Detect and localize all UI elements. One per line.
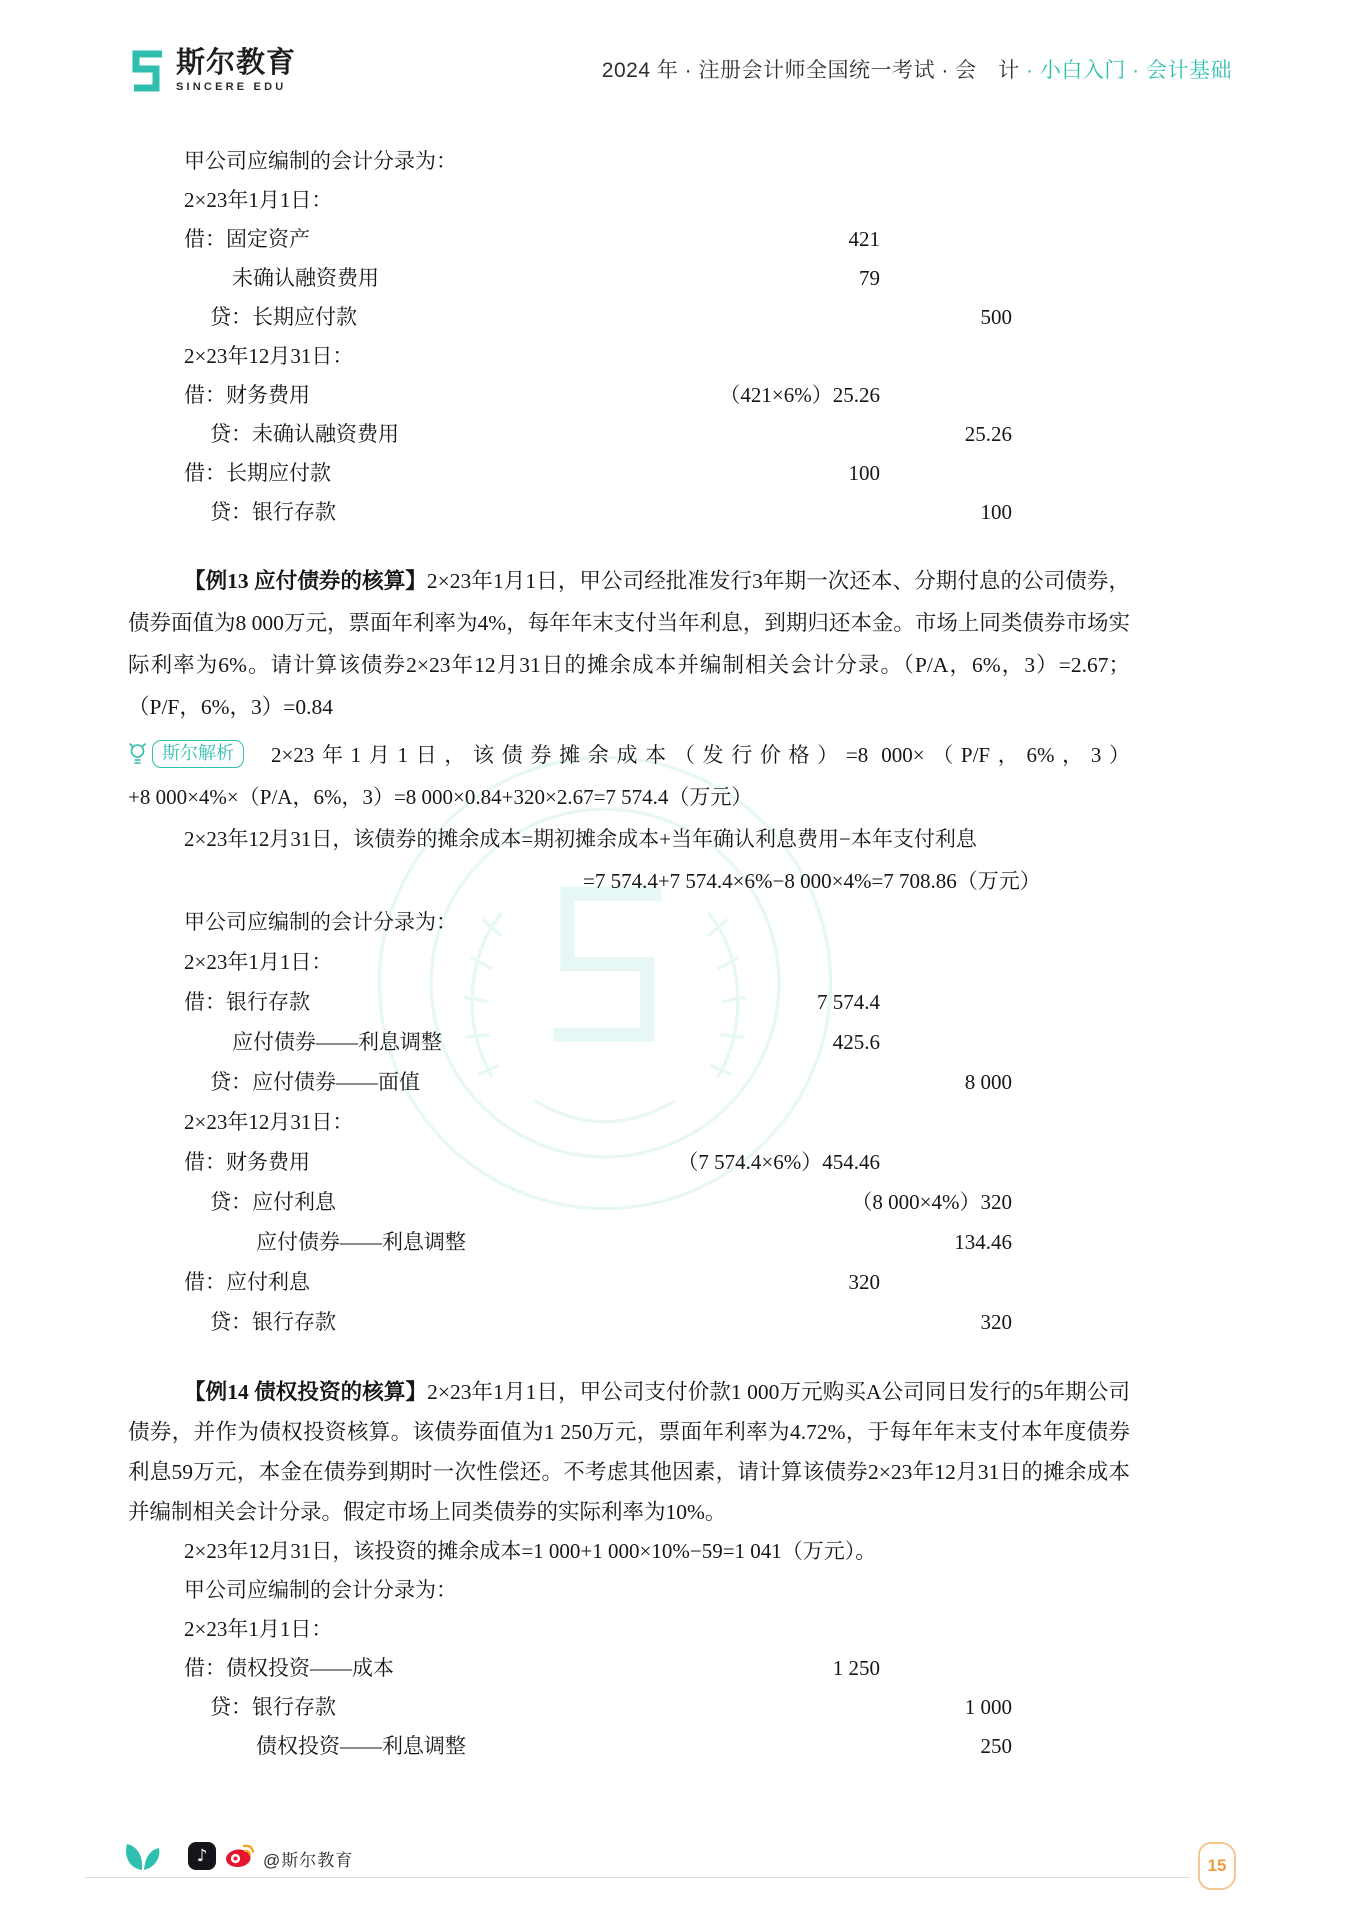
journal-line: 借：财务费用（421×6%）25.26 bbox=[128, 376, 1130, 415]
footer-rule bbox=[85, 1877, 1190, 1878]
line-text: 2×23年1月1日： bbox=[184, 1617, 332, 1641]
page-number-badge: 15 bbox=[1198, 1842, 1236, 1890]
amount-credit: 1 000 bbox=[128, 1688, 1012, 1727]
formula-line: 斯尔解析 2×23年1月1日，该债券摊余成本（发行价格）=8 000×（P/F，… bbox=[128, 734, 1130, 776]
line-text: 甲公司应编制的会计分录为： bbox=[184, 1578, 457, 1602]
journal-line: 借：固定资产421 bbox=[128, 220, 1130, 259]
sprout-icon bbox=[124, 1840, 162, 1872]
journal-line: 2×23年1月1日： bbox=[128, 181, 1130, 220]
document-body: 甲公司应编制的会计分录为：2×23年1月1日：借：固定资产421未确认融资费用7… bbox=[128, 0, 1130, 1766]
journal-line: 贷：银行存款320 bbox=[128, 1302, 1130, 1342]
amount-debit: 100 bbox=[128, 454, 880, 493]
journal-line: 贷：银行存款100 bbox=[128, 493, 1130, 532]
example-title: 【例13 应付债券的核算】 bbox=[184, 569, 427, 593]
journal-line: 借：长期应付款100 bbox=[128, 454, 1130, 493]
page-number: 15 bbox=[1208, 1856, 1227, 1876]
line-text: =7 574.4+7 574.4×6%−8 000×4%=7 708.86（万元… bbox=[583, 869, 1041, 893]
journal-line: 甲公司应编制的会计分录为： bbox=[128, 142, 1130, 181]
line-text: 2×23年12月31日： bbox=[184, 1110, 353, 1134]
journal-line: 2×23年1月1日： bbox=[128, 1610, 1130, 1649]
line-text: 甲公司应编制的会计分录为： bbox=[184, 149, 457, 173]
amount-credit: 320 bbox=[128, 1302, 1012, 1342]
amount-debit: 1 250 bbox=[128, 1649, 880, 1688]
amount-debit: （7 574.4×6%）454.46 bbox=[128, 1142, 880, 1182]
formula-line: 2×23年12月31日，该投资的摊余成本=1 000+1 000×10%−59=… bbox=[128, 1532, 1130, 1571]
amount-debit: 79 bbox=[128, 259, 880, 298]
amount-credit: 25.26 bbox=[128, 415, 1012, 454]
example-title: 【例14 债权投资的核算】 bbox=[184, 1380, 427, 1404]
journal-line: 应付债券——利息调整425.6 bbox=[128, 1022, 1130, 1062]
journal-line: 贷：未确认融资费用25.26 bbox=[128, 415, 1130, 454]
line-text: 2×23年1月1日： bbox=[184, 950, 332, 974]
line-text: 2×23年12月31日： bbox=[184, 344, 353, 368]
amount-debit: 7 574.4 bbox=[128, 982, 880, 1022]
journal-line: 借：财务费用（7 574.4×6%）454.46 bbox=[128, 1142, 1130, 1182]
entries-14: 2×23年12月31日，该投资的摊余成本=1 000+1 000×10%−59=… bbox=[128, 1532, 1130, 1766]
analysis-13: 斯尔解析 2×23年1月1日，该债券摊余成本（发行价格）=8 000×（P/F，… bbox=[128, 734, 1130, 902]
amount-debit: （421×6%）25.26 bbox=[128, 376, 880, 415]
weibo-icon[interactable] bbox=[224, 1841, 254, 1871]
example-14: 【例14 债权投资的核算】2×23年1月1日，甲公司支付价款1 000万元购买A… bbox=[128, 1372, 1130, 1532]
formula-line: 2×23年12月31日，该债券的摊余成本=期初摊余成本+当年确认利息费用−本年支… bbox=[128, 818, 1130, 860]
journal-line: 未确认融资费用79 bbox=[128, 259, 1130, 298]
line-text: +8 000×4%×（P/A，6%，3）=8 000×0.84+320×2.67… bbox=[128, 785, 752, 809]
line-text: 2×23年1月1日，该债券摊余成本（发行价格）=8 000×（P/F，6%，3） bbox=[271, 743, 1130, 767]
example-13: 【例13 应付债券的核算】2×23年1月1日，甲公司经批准发行3年期一次还本、分… bbox=[128, 560, 1130, 728]
journal-line: 借：应付利息320 bbox=[128, 1262, 1130, 1302]
journal-line: 甲公司应编制的会计分录为： bbox=[128, 902, 1130, 942]
journal-line: 借：银行存款7 574.4 bbox=[128, 982, 1130, 1022]
journal-line: 应付债券——利息调整134.46 bbox=[128, 1222, 1130, 1262]
journal-line: 借：债权投资——成本1 250 bbox=[128, 1649, 1130, 1688]
analysis-badge: 斯尔解析 bbox=[128, 740, 244, 768]
journal-line: 2×23年1月1日： bbox=[128, 942, 1130, 982]
line-text: 2×23年12月31日，该债券的摊余成本=期初摊余成本+当年确认利息费用−本年支… bbox=[184, 827, 977, 851]
amount-debit: 320 bbox=[128, 1262, 880, 1302]
douyin-icon[interactable]: ♪ bbox=[188, 1842, 216, 1870]
journal-line: 债权投资——利息调整250 bbox=[128, 1727, 1130, 1766]
journal-line: 2×23年12月31日： bbox=[128, 1102, 1130, 1142]
journal-line: 贷：应付债券——面值8 000 bbox=[128, 1062, 1130, 1102]
journal-line: 贷：应付利息（8 000×4%）320 bbox=[128, 1182, 1130, 1222]
amount-credit: 500 bbox=[128, 298, 1012, 337]
amount-credit: 250 bbox=[128, 1727, 1012, 1766]
line-text: 2×23年1月1日： bbox=[184, 188, 332, 212]
journal-line: 甲公司应编制的会计分录为： bbox=[128, 1571, 1130, 1610]
social-handle: @斯尔教育 bbox=[263, 1846, 353, 1871]
formula-line: =7 574.4+7 574.4×6%−8 000×4%=7 708.86（万元… bbox=[128, 860, 1130, 902]
line-text: 甲公司应编制的会计分录为： bbox=[184, 910, 457, 934]
amount-debit: 421 bbox=[128, 220, 880, 259]
amount-credit: （8 000×4%）320 bbox=[128, 1182, 1012, 1222]
journal-line: 2×23年12月31日： bbox=[128, 337, 1130, 376]
opening-entries: 甲公司应编制的会计分录为：2×23年1月1日：借：固定资产421未确认融资费用7… bbox=[128, 142, 1130, 532]
analysis-badge-label: 斯尔解析 bbox=[152, 740, 244, 768]
lightbulb-icon bbox=[128, 741, 147, 767]
line-text: 2×23年12月31日，该投资的摊余成本=1 000+1 000×10%−59=… bbox=[184, 1539, 876, 1563]
amount-debit: 425.6 bbox=[128, 1022, 880, 1062]
page: 斯尔教育 SINCERE EDU 2024 年 · 注册会计师全国统一考试 · … bbox=[0, 0, 1366, 1931]
journal-line: 贷：银行存款1 000 bbox=[128, 1688, 1130, 1727]
journal-line: 贷：长期应付款500 bbox=[128, 298, 1130, 337]
amount-credit: 100 bbox=[128, 493, 1012, 532]
entries-13: 甲公司应编制的会计分录为：2×23年1月1日：借：银行存款7 574.4应付债券… bbox=[128, 902, 1130, 1342]
amount-credit: 8 000 bbox=[128, 1062, 1012, 1102]
formula-line: +8 000×4%×（P/A，6%，3）=8 000×0.84+320×2.67… bbox=[128, 776, 1130, 818]
amount-credit: 134.46 bbox=[128, 1222, 1012, 1262]
